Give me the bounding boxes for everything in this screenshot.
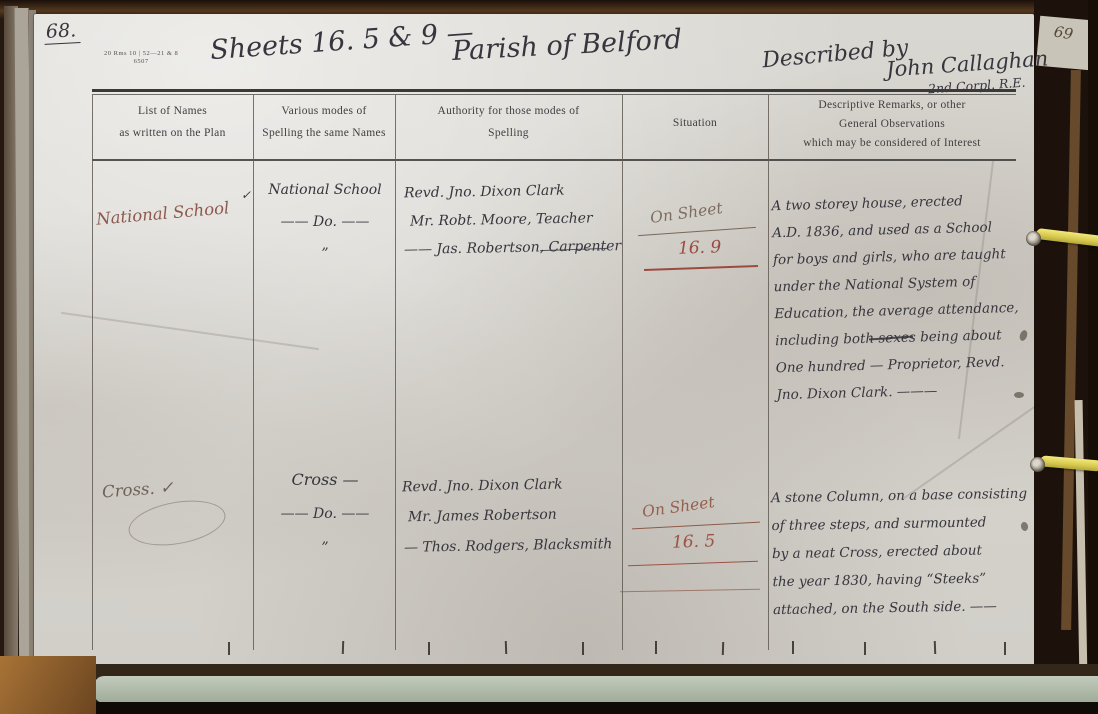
row1-spelling-1: National School xyxy=(258,182,392,198)
row1-spelling-2: —— Do. —— xyxy=(258,214,392,230)
remark-line: A stone Column, on a base consisting xyxy=(771,480,1021,512)
printers-stamp: 20 Rms 10 | 52—21 & 8 6507 xyxy=(104,50,178,66)
edge-tick xyxy=(428,642,430,655)
header-line: as written on the Plan xyxy=(97,122,248,144)
col-line-2 xyxy=(395,95,396,650)
header-line: List of Names xyxy=(97,100,248,122)
edge-tick xyxy=(655,641,657,654)
remark-line: attached, on the South side. —— xyxy=(773,592,1023,624)
edge-tick xyxy=(228,642,230,655)
header-col-names: List of Names as written on the Plan xyxy=(97,100,248,144)
row1-remarks: A two storey house, erectedA.D. 1836, an… xyxy=(771,187,1023,409)
stamp-line-1: 20 Rms 10 | 52—21 & 8 xyxy=(104,50,178,58)
edge-tick xyxy=(864,642,866,655)
header-line: Various modes of xyxy=(258,100,390,122)
stamp-line-2: 6507 xyxy=(104,58,178,66)
row2-spelling-ditto: ” xyxy=(258,540,392,556)
wooden-table-corner xyxy=(0,656,96,714)
header-line: which may be considered of Interest xyxy=(773,134,1011,153)
row1-authority-1: Revd. Jno. Dixon Clark xyxy=(404,183,565,202)
right-page-number: 69 xyxy=(1053,22,1075,43)
col-line-3 xyxy=(622,95,623,650)
row1-spelling-ditto: ” xyxy=(258,246,392,262)
header-bottom-rule xyxy=(92,159,1016,161)
row2-remarks: A stone Column, on a base consistingof t… xyxy=(771,480,1023,624)
header-col-situation: Situation xyxy=(627,112,763,134)
book-far-right-edge xyxy=(1088,0,1098,714)
table-top-rule-thin xyxy=(92,94,1016,95)
header-line: Spelling xyxy=(400,122,617,144)
col-line-4 xyxy=(768,95,769,650)
header-line: Situation xyxy=(627,112,763,134)
row2-authority-2: Mr. James Robertson xyxy=(408,507,557,526)
col-line-1 xyxy=(253,95,254,650)
header-line: Spelling the same Names xyxy=(258,122,390,144)
row2-situation-ref: 16. 5 xyxy=(672,531,716,552)
header-line: General Observations xyxy=(773,115,1011,134)
header-line: Descriptive Remarks, or other xyxy=(773,96,1011,115)
row2-spelling-2: —— Do. —— xyxy=(258,506,392,522)
col-line-left xyxy=(92,95,93,650)
row2-authority-1: Revd. Jno. Dixon Clark xyxy=(402,477,563,496)
header-col-remarks: Descriptive Remarks, or other General Ob… xyxy=(773,96,1011,153)
edge-tick xyxy=(582,642,584,655)
binding-grommet-bottom xyxy=(1030,457,1045,472)
row1-situation-ref: 16. 9 xyxy=(678,237,722,258)
row1-authority-2: Mr. Robt. Moore, Teacher xyxy=(410,210,593,229)
binding-grommet-top xyxy=(1026,231,1041,246)
left-page-number: 68. xyxy=(43,19,80,45)
remark-line: the year 1830, having “Steeks” xyxy=(772,564,1022,596)
edge-tick xyxy=(792,641,794,654)
remark-line: by a neat Cross, erected about xyxy=(772,536,1022,568)
book-cover-edge xyxy=(94,676,1098,703)
row2-spelling-1: Cross — xyxy=(258,470,392,489)
header-line: Authority for those modes of xyxy=(400,100,617,122)
table-top-rule xyxy=(92,89,1016,92)
remark-line: of three steps, and surmounted xyxy=(771,508,1021,540)
header-col-authority: Authority for those modes of Spelling xyxy=(400,100,617,144)
header-col-spelling: Various modes of Spelling the same Names xyxy=(258,100,390,144)
edge-tick xyxy=(1004,642,1006,655)
row1-checkmark: ✓ xyxy=(241,188,251,202)
below-cover-dark xyxy=(92,702,1098,714)
scanned-register-page: 68. 20 Rms 10 | 52—21 & 8 6507 Sheets 16… xyxy=(0,0,1098,714)
